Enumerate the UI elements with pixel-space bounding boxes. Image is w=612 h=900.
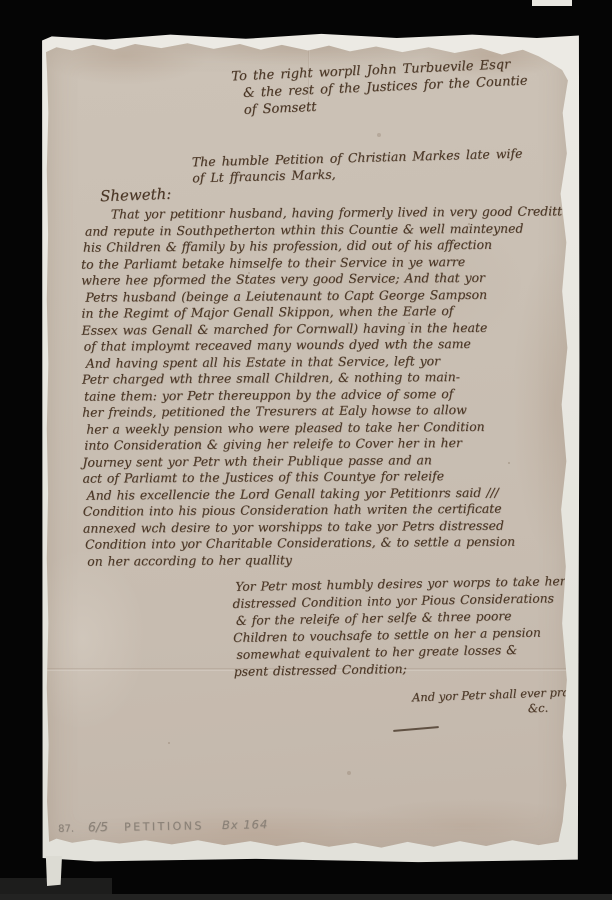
petition-title-block: The humble Petition of Christian Markes … bbox=[192, 146, 523, 187]
body-line: Condition into yor Charitable Considerat… bbox=[85, 533, 564, 553]
closing-block: And yor Petr shall ever pray &c. bbox=[386, 685, 577, 722]
prayer-block: Yor Petr most humbly desires yor worps t… bbox=[235, 573, 567, 681]
pen-flourish-dash bbox=[393, 726, 439, 732]
backing-sheet-tab bbox=[45, 856, 62, 886]
annotation-box-number: Bx 164 bbox=[222, 817, 269, 832]
petition-body: That yor petitionr husband, having forme… bbox=[81, 203, 565, 569]
manuscript-paper: To the right worpll John Turbuevile Esqr… bbox=[46, 40, 570, 850]
address-block: To the right worpll John Turbuevile Esqr… bbox=[231, 56, 529, 120]
salutation: Sheweth: bbox=[100, 185, 172, 205]
body-line: on her according to her quallity bbox=[87, 550, 564, 570]
annotation-reference: 6/5 bbox=[88, 819, 108, 834]
annotation-series-label: PETITIONS bbox=[124, 819, 204, 833]
photograph-background: To the right worpll John Turbuevile Esqr… bbox=[0, 0, 612, 900]
archive-annotation: 87. 6/5 PETITIONS Bx 164 bbox=[58, 816, 268, 835]
adjacent-page-sliver bbox=[532, 0, 572, 6]
annotation-folio-number: 87. bbox=[58, 824, 74, 835]
photo-table-edge bbox=[0, 894, 612, 900]
body-line: his Children & ffamily by his profession… bbox=[83, 236, 562, 256]
